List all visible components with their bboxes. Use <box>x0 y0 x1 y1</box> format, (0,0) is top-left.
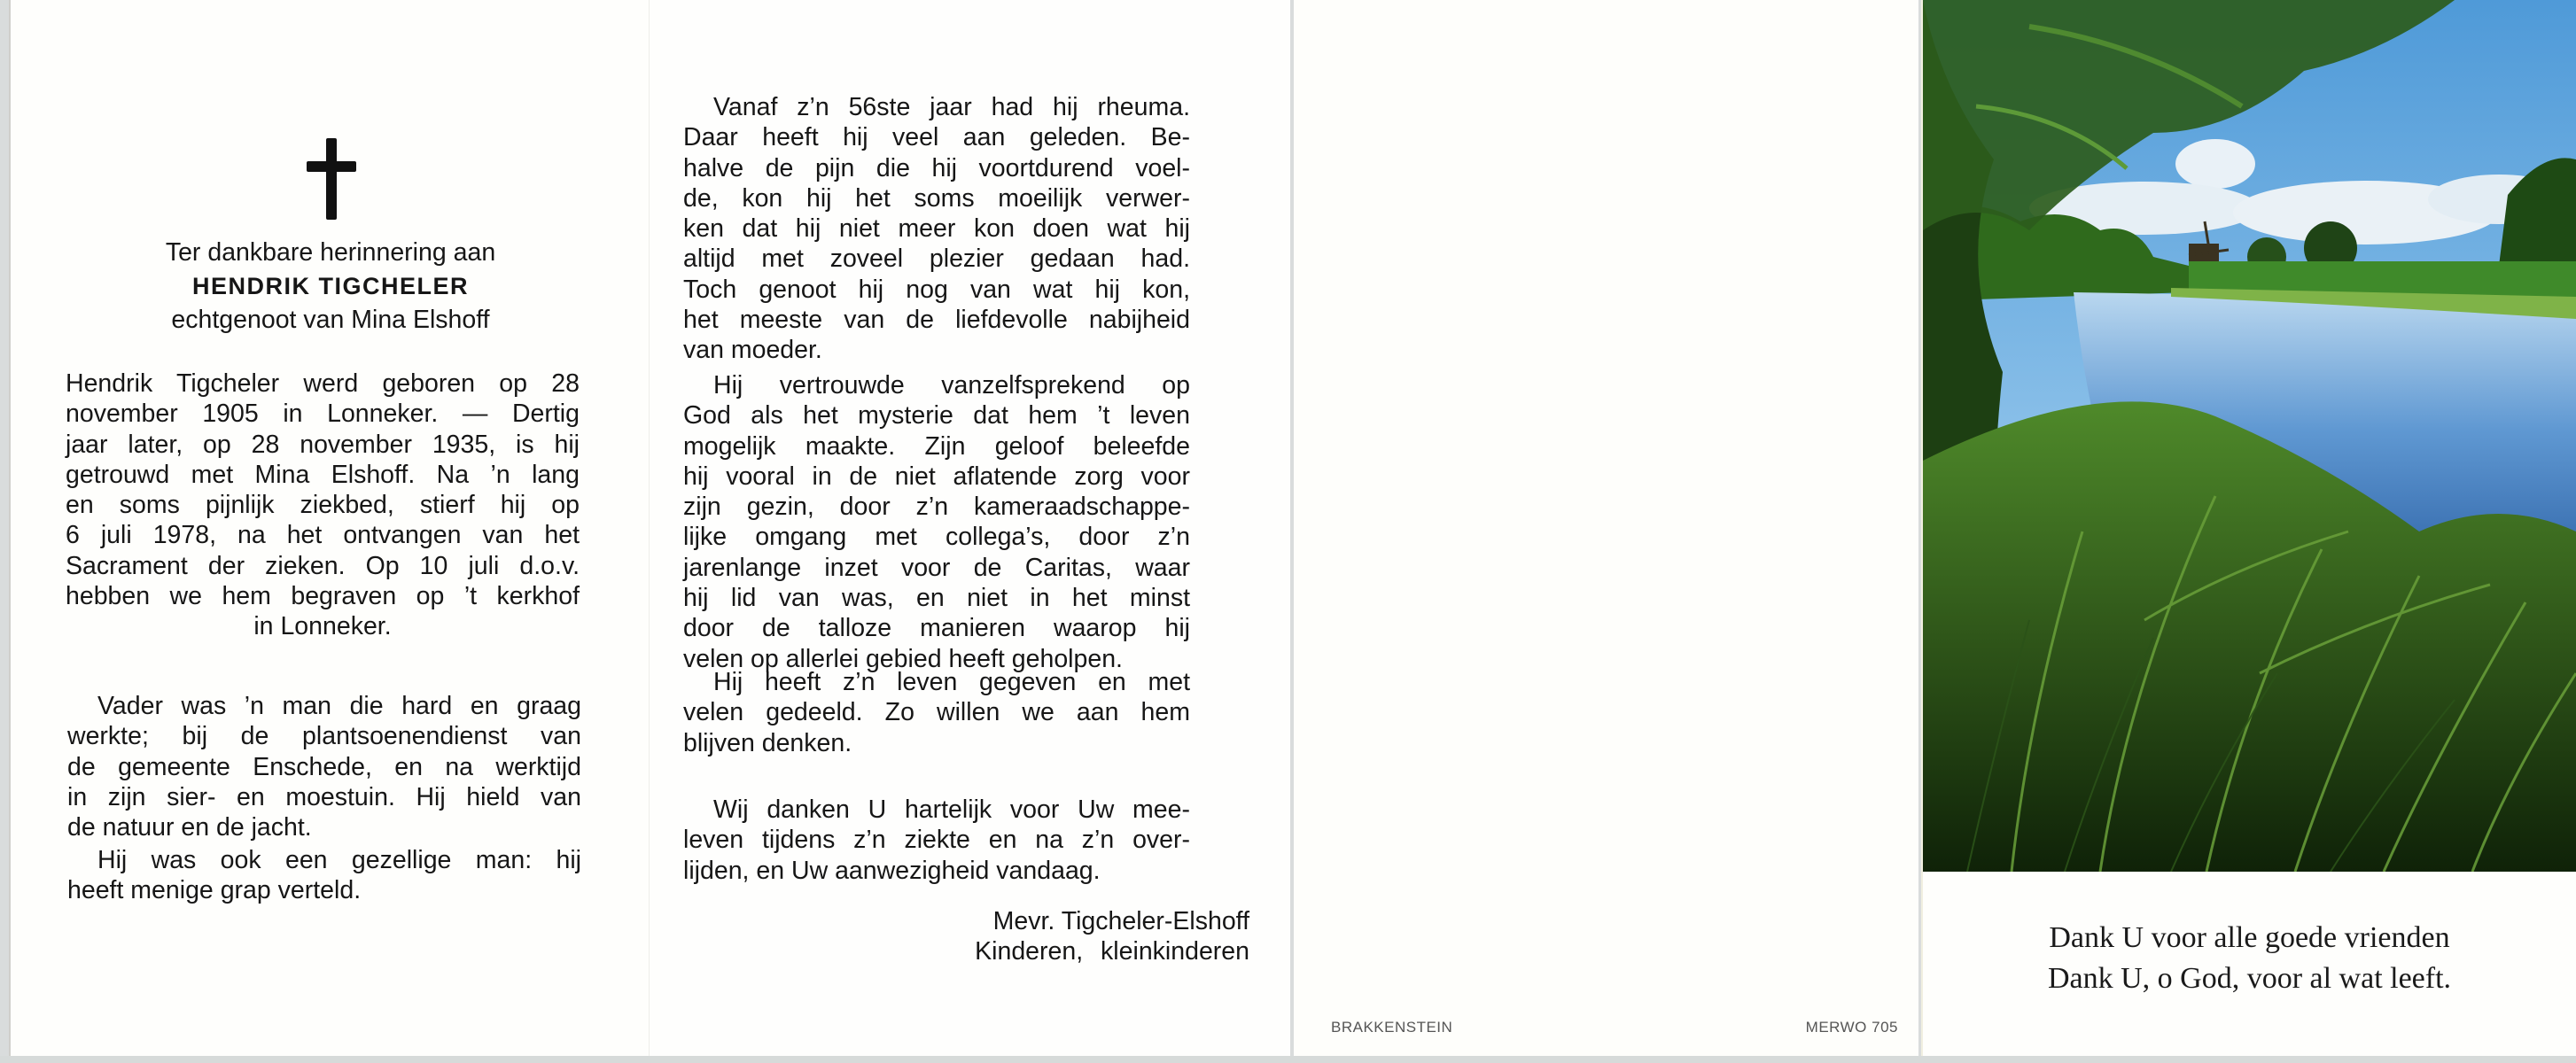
text-line: werkte; bij de plantsoenendienst van <box>67 721 581 751</box>
text-line: in Lonneker. <box>66 611 580 641</box>
text-line: Sacrament der zieken. Op 10 juli d.o.v. <box>66 551 580 581</box>
text-line: de, kon hij het soms moeilijk verwer- <box>683 183 1190 213</box>
text-line: en soms pijnlijk ziekbed, stierf hij op <box>66 490 580 520</box>
text-line: blijven denken. <box>683 728 1190 758</box>
text-line: velen gedeeld. Zo willen we aan hem <box>683 697 1190 727</box>
illness-paragraph: Vanaf z’n 56ste jaar had hij rheuma.Daar… <box>683 92 1190 366</box>
signature-family: Kinderen, kleinkinderen <box>975 936 1249 966</box>
verse-text: Dank U voor alle goede vrienden Dank U, … <box>1923 918 2576 999</box>
text-line: van moeder. <box>683 335 1190 365</box>
text-line: jarenlange inzet voor de Caritas, waar <box>683 553 1190 583</box>
text-line: hij vooral in de niet aflatende zorg voo… <box>683 462 1190 492</box>
thanks-paragraph: Wij danken U hartelijk voor Uw mee-leven… <box>683 795 1190 886</box>
text-line: jaar later, op 28 november 1935, is hij <box>66 430 580 460</box>
text-line: mogelijk maakte. Zijn geloof beleefde <box>683 431 1190 462</box>
card-panel-inside-left: Ter dankbare herinnering aan HENDRIK TIG… <box>9 0 649 1056</box>
text-line: november 1905 in Lonneker. — Dertig <box>66 399 580 429</box>
text-line: Hij vertrouwde vanzelfsprekend op <box>683 370 1190 400</box>
text-line: lijke omgang met collega’s, door z’n <box>683 522 1190 552</box>
text-line: Toch genoot hij nog van wat hij kon, <box>683 275 1190 305</box>
text-line: God als het mysterie dat hem ’t leven <box>683 400 1190 431</box>
text-line: 6 juli 1978, na het ontvangen van het <box>66 520 580 550</box>
text-line: in zijn sier- en moestuin. Hij hield van <box>67 782 581 812</box>
faith-paragraph: Hij vertrouwde vanzelfsprekend opGod als… <box>683 370 1190 674</box>
spouse-line: echtgenoot van Mina Elshoff <box>11 303 650 337</box>
legacy-paragraph: Hij heeft z’n leven gegeven en metvelen … <box>683 667 1190 758</box>
verse-line: Dank U, o God, voor al wat leeft. <box>1923 958 2576 999</box>
card-panel-front: Dank U voor alle goede vrienden Dank U, … <box>1921 0 2576 1056</box>
text-line: leven tijdens z’n ziekte en na z’n over- <box>683 825 1190 855</box>
publisher-label: BRAKKENSTEIN <box>1331 1019 1452 1036</box>
memorial-intro: Ter dankbare herinnering aan <box>11 236 650 269</box>
text-line: Vader was ’n man die hard en graag <box>67 691 581 721</box>
text-line: de natuur en de jacht. <box>67 812 581 842</box>
text-line: Hij was ook een gezellige man: hij <box>67 845 581 875</box>
text-line: ken dat hij niet meer kon doen wat hij <box>683 213 1190 244</box>
scan-bottom-edge <box>0 1056 2576 1063</box>
cross-icon <box>307 138 356 220</box>
personality-paragraph: Hij was ook een gezellige man: hijheeft … <box>67 845 581 906</box>
text-line: hebben we hem begraven op ’t kerkhof <box>66 581 580 611</box>
text-line: Hij heeft z’n leven gegeven en met <box>683 667 1190 697</box>
text-line: Vanaf z’n 56ste jaar had hij rheuma. <box>683 92 1190 122</box>
text-line: halve de pijn die hij voortdurend voel- <box>683 153 1190 183</box>
signature-widow: Mevr. Tigcheler-Elshoff <box>993 906 1249 936</box>
text-line: zijn gezin, door z’n kameraadschappe- <box>683 492 1190 522</box>
text-line: lijden, en Uw aanwezigheid vandaag. <box>683 856 1190 886</box>
deceased-name: HENDRIK TIGCHELER <box>11 269 650 303</box>
card-panel-inside-right: Vanaf z’n 56ste jaar had hij rheuma.Daar… <box>649 0 1290 1056</box>
text-line: door de talloze manieren waarop hij <box>683 613 1190 643</box>
text-line: Daar heeft hij veel aan geleden. Be- <box>683 122 1190 152</box>
text-line: Wij danken U hartelijk voor Uw mee- <box>683 795 1190 825</box>
biography-paragraph: Hendrik Tigcheler werd geboren op 28nove… <box>66 369 580 642</box>
product-code: MERWO 705 <box>1806 1019 1898 1036</box>
card-panel-back: BRAKKENSTEIN MERWO 705 <box>1294 0 1918 1056</box>
landscape-photo <box>1923 0 2576 872</box>
verse-line: Dank U voor alle goede vrienden <box>1923 918 2576 958</box>
text-line: heeft menige grap verteld. <box>67 875 581 905</box>
text-line: altijd met zoveel plezier gedaan had. <box>683 244 1190 274</box>
text-line: de gemeente Enschede, en na werktijd <box>67 752 581 782</box>
text-line: het meeste van de liefdevolle nabijheid <box>683 305 1190 335</box>
text-line: hij lid van was, en niet in het minst <box>683 583 1190 613</box>
text-line: Hendrik Tigcheler werd geboren op 28 <box>66 369 580 399</box>
work-paragraph: Vader was ’n man die hard en graagwerkte… <box>67 691 581 842</box>
text-line: getrouwd met Mina Elshoff. Na ’n lang <box>66 460 580 490</box>
